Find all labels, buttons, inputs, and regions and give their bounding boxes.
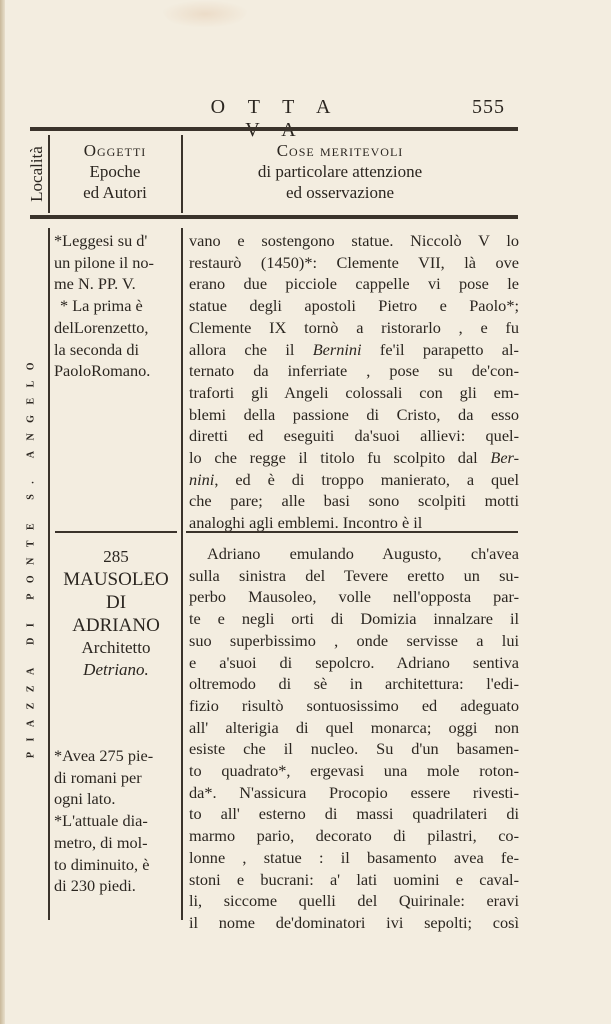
left-section-rule [55,531,177,533]
body-line: to quadrato*, ergevasi una mole roton- [189,760,519,782]
body-text: , ed è di troppo manierato, a quel [214,470,519,489]
header-bottom-rule [30,215,518,219]
footnote-line: di romani per [54,767,178,789]
body-line: vano e sostengono statue. Niccolò V lo [189,230,519,252]
section1-footnotes: *Leggesi su d' un pilone il no- me N. PP… [54,230,178,382]
entry-title-line3: ADRIANO [54,614,178,637]
footnote-line: la seconda di [54,339,178,361]
body-line: esiste che il nucleo. Su d'un basamen- [189,738,519,760]
body-line: da*. N'assicura Procopio essere rivesti- [189,782,519,804]
body-column-divider [181,228,183,920]
body-line: blemi della passione di Cristo, da esso [189,404,519,426]
section2-body: Adriano emulando Augusto, ch'avea sulla … [189,543,519,934]
header-cose-line1: Cose meritevoli [185,140,495,161]
body-line: marmo pario, decorato di pilastri, co- [189,825,519,847]
footnote-line: ogni lato. [54,788,178,810]
body-line: oltremodo di sè in architettura: l'edi- [189,673,519,695]
header-cose: Cose meritevoli di particolare attenzion… [185,140,495,203]
body-line: allora che il Bernini fe'il parapetto al… [189,339,519,361]
body-line: ternato da inferriate , pose su de'con- [189,360,519,382]
footnote-line: metro, di mol- [54,832,178,854]
header-divider-2 [181,135,183,213]
body-line: te e negli orti di Domizia innalzare il [189,608,519,630]
body-line: suo superbissimo , onde servisse a lui [189,630,519,652]
footnote-line: *Leggesi su d' [54,230,178,252]
header-oggetti-line1: Oggetti [50,140,180,161]
localita-side-label: PIAZZA DI PONTE S. ANGELO [8,300,54,810]
entry-title-line2: DI [54,591,178,614]
body-line: lonne , statue : il basamento avea fe- [189,847,519,869]
footnote-line: me N. PP. V. [54,273,178,295]
footnote-line: to diminuito, è [54,854,178,876]
footnote-line: un pilone il no- [54,252,178,274]
footnote-line: delLorenzetto, [54,317,178,339]
entry-title-line1: MAUSOLEO [54,568,178,591]
body-line: Clemente IX tornò a ristorarlo , e fu [189,317,519,339]
localita-side-text: PIAZZA DI PONTE S. ANGELO [26,352,37,758]
body-text: allora che il [189,340,313,359]
header-oggetti-line3: ed Autori [50,182,180,203]
header-localita-label: Località [27,146,47,202]
entry-number: 285 [54,546,178,568]
body-line: statue degli apostoli Pietro e Paolo*; [189,295,519,317]
body-line: lo che regge il titolo fu scolpito dal B… [189,447,519,469]
header-oggetti-line2: Epoche [50,161,180,182]
italic-name: Ber- [490,448,519,467]
body-line: Adriano emulando Augusto, ch'avea [189,543,519,565]
italic-name: nini [189,470,214,489]
page-number: 555 [472,96,505,119]
body-line: e a'suoi di sepolcro. Adriano sentiva [189,652,519,674]
body-line: il nome de'dominatori ivi sepolti; così [189,912,519,934]
body-line: fizio risultò sontuosissimo ed adeguato [189,695,519,717]
body-line: nini, ed è di troppo manierato, a quel [189,469,519,491]
right-section-rule [186,531,518,533]
footnote-line: di 230 piedi. [54,875,178,897]
footnote-line: PaoloRomano. [54,360,178,382]
section1-body: vano e sostengono statue. Niccolò V lo r… [189,230,519,534]
entry-architect: Detriano. [54,659,178,681]
body-line: li, siccome quelli del Quirinale: eravi [189,890,519,912]
footnote-line: *L'attuale dia- [54,810,178,832]
body-line: all' alterigia di quel monarca; oggi non [189,717,519,739]
body-text: lo che regge il titolo fu scolpito dal [189,448,490,467]
section2-footnotes: *Avea 275 pie- di romani per ogni lato. … [54,745,178,897]
body-line: perbo Mausoleo, volle nell'opposta par- [189,586,519,608]
footnote-line: * La prima è [54,295,178,317]
paper-stain [160,0,250,28]
body-text: fe'il parapetto al- [362,340,519,359]
body-line: diretti ed eseguiti da'suoi allievi: que… [189,425,519,447]
italic-name: Bernini [313,340,362,359]
body-line: to all' esterno di massi quadrilateri di [189,803,519,825]
entry-285: 285 MAUSOLEO DI ADRIANO Architetto Detri… [54,546,178,681]
header-cose-line2: di particolare attenzione [185,161,495,182]
body-line: che pare; alle basi sono scolpiti motti [189,490,519,512]
body-line: traforti gli Angeli colossali con gli em… [189,382,519,404]
footnote-line: *Avea 275 pie- [54,745,178,767]
running-head-title: O T T A V A [200,96,350,142]
header-oggetti: Oggetti Epoche ed Autori [50,140,180,203]
header-cose-line3: ed osservazione [185,182,495,203]
page-edge [0,0,5,1024]
body-line: sulla sinistra del Tevere eretto un su- [189,565,519,587]
top-rule [30,127,518,131]
entry-role: Architetto [54,637,178,659]
body-line: erano due picciole cappelle vi pose le [189,273,519,295]
body-line: stoni e bucrani: a' lati uomini e caval- [189,869,519,891]
body-line: restaurò (1450)*: Clemente VII, là ove [189,252,519,274]
